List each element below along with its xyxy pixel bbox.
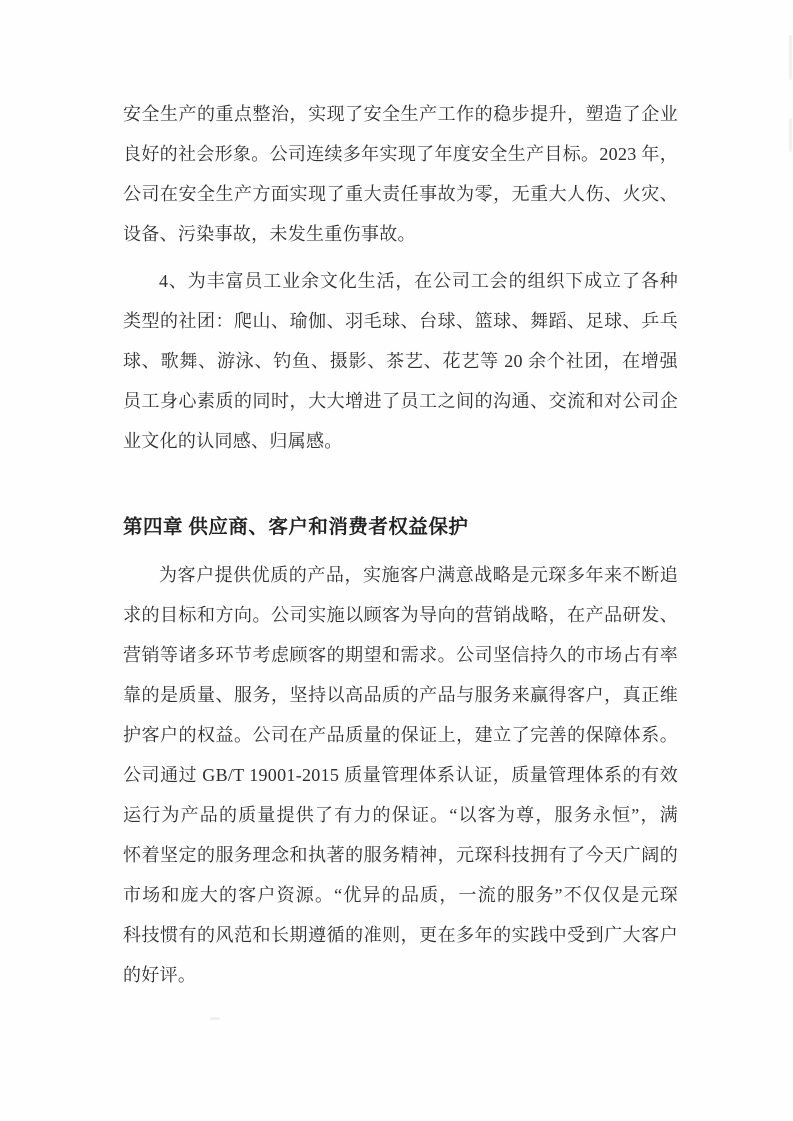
text-line: 为客户提供优质的产品，实施客户满意战略是元琛多年来不断追 <box>123 555 678 595</box>
text-line: 靠的是质量、服务，坚持以高品质的产品与服务来赢得客户，真正维 <box>123 675 678 715</box>
text-line: 员工身心素质的同时，大大增进了员工之间的沟通、交流和对公司企 <box>123 381 678 421</box>
paragraph-safety-production: 安全生产的重点整治，实现了安全生产工作的稳步提升，塑造了企业 良好的社会形象。公… <box>123 94 678 254</box>
text-line: 护客户的权益。公司在产品质量的保证上，建立了完善的保障体系。 <box>123 715 678 755</box>
text-line: 求的目标和方向。公司实施以顾客为导向的营销战略，在产品研发、 <box>123 595 678 635</box>
page-content: 安全生产的重点整治，实现了安全生产工作的稳步提升，塑造了企业 良好的社会形象。公… <box>123 94 678 995</box>
text-line: 良好的社会形象。公司连续多年实现了年度安全生产目标。2023 年， <box>123 134 678 174</box>
document-page: 安全生产的重点整治，实现了安全生产工作的稳步提升，塑造了企业 良好的社会形象。公… <box>0 0 793 1121</box>
text-line: 业文化的认同感、归属感。 <box>123 421 678 461</box>
text-line: 设备、污染事故，未发生重伤事故。 <box>123 214 678 254</box>
chapter-heading: 第四章 供应商、客户和消费者权益保护 <box>123 508 678 548</box>
text-line: 类型的社团：爬山、瑜伽、羽毛球、台球、篮球、舞蹈、足球、乒乓 <box>123 301 678 341</box>
text-line: 4、为丰富员工业余文化生活，在公司工会的组织下成立了各种 <box>123 261 678 301</box>
text-line: 公司在安全生产方面实现了重大责任事故为零，无重大人伤、火灾、 <box>123 174 678 214</box>
text-line: 怀着坚定的服务理念和执著的服务精神，元琛科技拥有了今天广阔的 <box>123 835 678 875</box>
scan-artifact <box>789 35 792 80</box>
text-line: 运行为产品的质量提供了有力的保证。“以客为尊，服务永恒”，满 <box>123 795 678 835</box>
text-line: 公司通过 GB/T 19001-2015 质量管理体系认证，质量管理体系的有效 <box>123 755 678 795</box>
scan-artifact <box>210 1017 220 1020</box>
text-line: 科技惯有的风范和长期遵循的准则，更在多年的实践中受到广大客户 <box>123 915 678 955</box>
paragraph-customer-rights: 为客户提供优质的产品，实施客户满意战略是元琛多年来不断追 求的目标和方向。公司实… <box>123 555 678 995</box>
text-line: 市场和庞大的客户资源。“优异的品质，一流的服务”不仅仅是元琛 <box>123 875 678 915</box>
paragraph-employee-clubs: 4、为丰富员工业余文化生活，在公司工会的组织下成立了各种 类型的社团：爬山、瑜伽… <box>123 261 678 461</box>
text-line: 球、歌舞、游泳、钓鱼、摄影、茶艺、花艺等 20 余个社团，在增强 <box>123 341 678 381</box>
scan-artifact <box>789 118 792 152</box>
text-line: 的好评。 <box>123 955 678 995</box>
text-line: 营销等诸多环节考虑顾客的期望和需求。公司坚信持久的市场占有率 <box>123 635 678 675</box>
text-line: 安全生产的重点整治，实现了安全生产工作的稳步提升，塑造了企业 <box>123 94 678 134</box>
